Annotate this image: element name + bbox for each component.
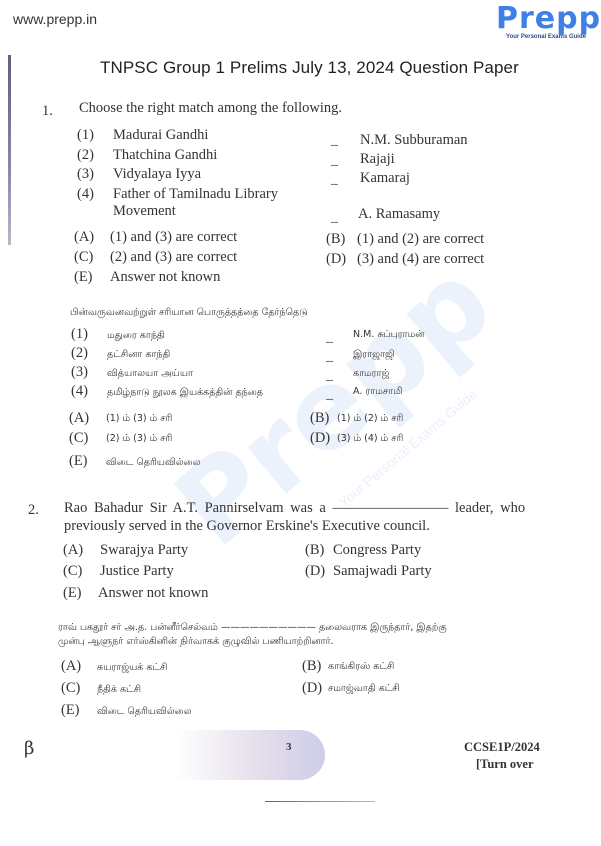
pair-dash: _: [326, 330, 333, 346]
prepp-logo[interactable]: Prepp Your Personal Exams Guide: [496, 2, 596, 40]
page-edge-shadow: [8, 55, 11, 245]
pair-dash: _: [331, 153, 338, 169]
option-label[interactable]: (A): [74, 229, 94, 246]
site-url[interactable]: www.prepp.in: [13, 11, 97, 27]
tamil-option-text[interactable]: காங்கிரஸ் கட்சி: [328, 661, 394, 673]
blank-line: ——————————: [221, 622, 316, 633]
option-label[interactable]: (E): [74, 269, 93, 286]
option-label[interactable]: (B): [310, 410, 329, 427]
option-text[interactable]: Answer not known: [110, 269, 220, 286]
logo-wordmark: Prepp: [496, 2, 596, 36]
page-title: TNPSC Group 1 Prelims July 13, 2024 Ques…: [100, 58, 519, 78]
option-text[interactable]: (3) and (4) are correct: [357, 251, 484, 268]
page-number: 3: [286, 741, 292, 753]
pair-num: (4): [77, 186, 94, 203]
option-label[interactable]: (E): [61, 702, 80, 719]
question-stem-cont: previously served in the Governor Erskin…: [64, 518, 430, 535]
tamil-pair-right: N.M. சுப்புராமன்: [353, 329, 424, 341]
paper-code: CCSE1P/2024: [464, 740, 540, 755]
stem-part: தலைவராக இருந்தார், இதற்கு: [319, 622, 447, 633]
option-label[interactable]: (C): [74, 249, 93, 266]
option-label[interactable]: (A): [63, 542, 83, 559]
tamil-stem: பின்வருவனவற்றுள் சரியான பொருத்தத்தை தேர்…: [70, 307, 308, 319]
pair-left-cont: Movement: [113, 203, 176, 220]
option-label[interactable]: (C): [63, 563, 82, 580]
pair-dash: _: [331, 172, 338, 188]
option-label[interactable]: (A): [61, 658, 81, 675]
tamil-stem: ராவ் பகதூர் சர் அ.த. பன்னீர்செல்வம் ————…: [58, 622, 447, 634]
option-text[interactable]: Samajwadi Party: [333, 563, 432, 580]
option-label[interactable]: (C): [61, 680, 80, 697]
option-text[interactable]: Swarajya Party: [100, 542, 188, 559]
turn-over-note: [Turn over: [476, 757, 534, 772]
option-label[interactable]: (C): [69, 430, 88, 447]
logo-tagline: Your Personal Exams Guide: [496, 34, 596, 40]
pair-right: Kamaraj: [360, 170, 410, 187]
tamil-option-text[interactable]: சுயராஜ்யக் கட்சி: [97, 662, 167, 674]
pair-num: (4): [71, 383, 88, 400]
pair-num: (2): [77, 147, 94, 164]
question-stem: Rao Bahadur Sir A.T. Pannirselvam was a …: [64, 500, 525, 517]
option-label[interactable]: (B): [302, 658, 321, 675]
option-text[interactable]: (1) and (2) are correct: [357, 231, 484, 248]
stem-part: Rao Bahadur Sir A.T. Pannirselvam was a: [64, 500, 326, 516]
option-text[interactable]: (2) and (3) are correct: [110, 249, 237, 266]
option-label[interactable]: (E): [63, 585, 82, 602]
option-text[interactable]: Answer not known: [98, 585, 208, 602]
watermark-tagline: Your Personal Exams Guide: [335, 386, 480, 511]
tamil-option-text[interactable]: (1) ம் (3) ம் சரி: [106, 413, 172, 425]
pair-num: (3): [71, 364, 88, 381]
tamil-pair-left: தமிழ்நாடு நூலக இயக்கத்தின் தந்தை: [107, 387, 263, 399]
option-label[interactable]: (E): [69, 453, 88, 470]
pair-dash: _: [326, 349, 333, 365]
pair-left: Vidyalaya Iyya: [113, 166, 201, 183]
pair-num: (2): [71, 345, 88, 362]
option-label[interactable]: (D): [305, 563, 325, 580]
option-text[interactable]: Justice Party: [100, 563, 174, 580]
pair-left: Thatchina Gandhi: [113, 147, 217, 164]
page-fold-line: [265, 801, 375, 802]
option-label[interactable]: (B): [326, 231, 345, 248]
tamil-option-text[interactable]: (2) ம் (3) ம் சரி: [106, 433, 172, 445]
pair-dash: _: [331, 133, 338, 149]
tamil-pair-right: A. ராமசாமி: [353, 386, 402, 398]
option-label[interactable]: (D): [302, 680, 322, 697]
blank-line: ————————: [332, 500, 448, 516]
pair-left: Father of Tamilnadu Library: [113, 186, 278, 203]
option-label[interactable]: (B): [305, 542, 324, 559]
option-text[interactable]: Congress Party: [333, 542, 421, 559]
tamil-option-text[interactable]: (1) ம் (2) ம் சரி: [337, 413, 403, 425]
tamil-option-text[interactable]: சமாஜ்வாதி கட்சி: [328, 683, 400, 695]
pair-dash: _: [326, 387, 333, 403]
stem-part: leader, who: [455, 500, 525, 516]
pair-dash: _: [326, 368, 333, 384]
tamil-pair-left: மதுரை காந்தி: [107, 330, 165, 342]
pair-num: (3): [77, 166, 94, 183]
option-label[interactable]: (D): [310, 430, 330, 447]
tamil-option-text[interactable]: விடை தெரியவில்லை: [106, 457, 201, 469]
question-number: 1.: [42, 103, 53, 120]
tamil-pair-left: தட்சினா காந்தி: [107, 349, 170, 361]
question-number: 2.: [28, 502, 39, 519]
option-text[interactable]: (1) and (3) are correct: [110, 229, 237, 246]
pair-right: Rajaji: [360, 151, 395, 168]
tamil-pair-right: இராஜாஜி: [353, 349, 395, 361]
stem-part: ராவ் பகதூர் சர் அ.த. பன்னீர்செல்வம்: [58, 622, 218, 633]
option-label[interactable]: (D): [326, 251, 346, 268]
tamil-option-text[interactable]: விடை தெரியவில்லை: [97, 706, 192, 718]
pair-right: A. Ramasamy: [358, 206, 440, 223]
tamil-pair-right: காமராஜ்: [353, 368, 389, 380]
pair-num: (1): [71, 326, 88, 343]
question-stem: Choose the right match among the followi…: [79, 100, 342, 117]
option-label[interactable]: (A): [69, 410, 89, 427]
booklet-symbol: β: [24, 738, 34, 759]
tamil-pair-left: வித்யாலயா அய்யா: [107, 368, 193, 380]
tamil-option-text[interactable]: (3) ம் (4) ம் சரி: [337, 433, 403, 445]
pair-dash: _: [331, 210, 338, 226]
pair-num: (1): [77, 127, 94, 144]
tamil-option-text[interactable]: நீதிக் கட்சி: [97, 684, 141, 696]
tamil-stem-cont: முன்பு ஆளுநர் எர்ஸ்கினின் நிர்வாகக் குழு…: [58, 636, 334, 648]
pair-left: Madurai Gandhi: [113, 127, 208, 144]
page-fold-shadow: [175, 730, 325, 780]
pair-right: N.M. Subburaman: [360, 132, 468, 149]
